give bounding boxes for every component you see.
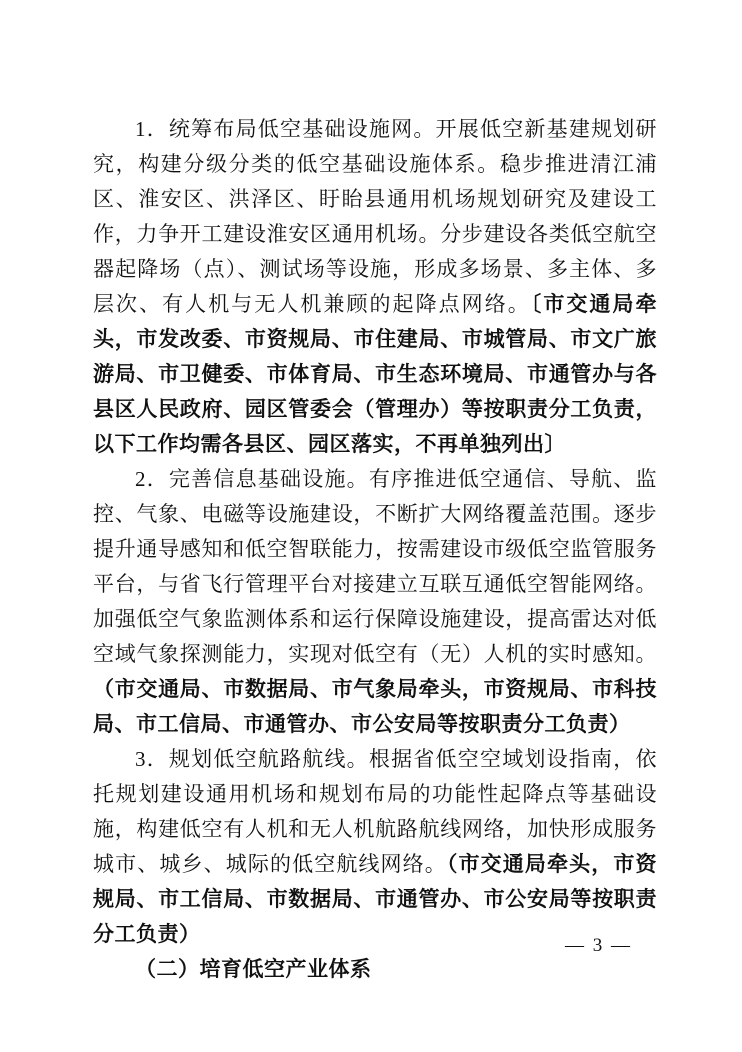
document-body: 1．统筹布局低空基础设施网。开展低空新基建规划研究，构建分级分类的低空基础设施体… xyxy=(93,112,657,987)
document-page: 1．统筹布局低空基础设施网。开展低空新基建规划研究，构建分级分类的低空基础设施体… xyxy=(0,0,742,1052)
page-number: — 3 — xyxy=(565,934,632,958)
paragraph-2-responsibility-note: （市交通局、市数据局、市气象局牵头，市资规局、市科技局、市工信局、市通管办、市公… xyxy=(93,677,657,736)
paragraph-item-2: 2．完善信息基础设施。有序推进低空通信、导航、监控、气象、电磁等设施建设，不断扩… xyxy=(93,462,657,742)
paragraph-1-responsibility-note: 〔市交通局牵头，市发改委、市资规局、市住建局、市城管局、市文广旅游局、市卫健委、… xyxy=(93,292,657,456)
paragraph-2-text: 2．完善信息基础设施。有序推进低空通信、导航、监控、气象、电磁等设施建设，不断扩… xyxy=(93,467,657,666)
paragraph-1-text: 1．统筹布局低空基础设施网。开展低空新基建规划研究，构建分级分类的低空基础设施体… xyxy=(93,117,657,316)
paragraph-item-1: 1．统筹布局低空基础设施网。开展低空新基建规划研究，构建分级分类的低空基础设施体… xyxy=(93,112,657,462)
paragraph-item-3: 3．规划低空航路航线。根据省低空空域划设指南，依托规划建设通用机场和规划布局的功… xyxy=(93,742,657,952)
